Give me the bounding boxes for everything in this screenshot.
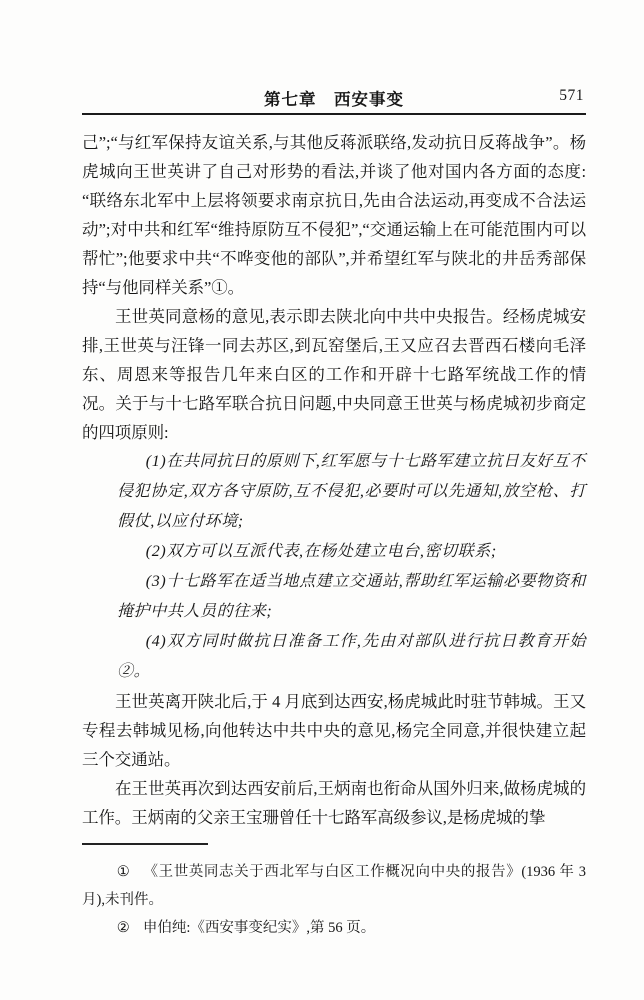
quote-item-2: (2)双方可以互派代表,在杨处建立电台,密切联系; <box>117 537 586 567</box>
paragraph: 在王世英再次到达西安前后,王炳南也衔命从国外归来,做杨虎城的工作。王炳南的父亲王… <box>82 774 586 832</box>
footnote-separator <box>82 843 208 845</box>
running-head: 第七章 西安事变 571 <box>82 86 586 107</box>
footnote-1: ①《王世英同志关于西北军与白区工作概况向中央的报告》(1936 年 3 月),未… <box>82 858 586 914</box>
footnote-2-text: 申伯纯:《西安事变纪实》,第 56 页。 <box>143 920 375 936</box>
footnote-2-marker: ② <box>117 920 130 936</box>
header-rule <box>82 113 586 115</box>
footnote-2: ②申伯纯:《西安事变纪实》,第 56 页。 <box>82 914 586 942</box>
paragraph: 王世英同意杨的意见,表示即去陕北向中共中央报告。经杨虎城安排,王世英与汪锋一同去… <box>82 302 586 447</box>
quote-item-4: (4)双方同时做抗日准备工作,先由对部队进行抗日教育开始②。 <box>117 627 586 687</box>
paragraph: 王世英离开陕北后,于 4 月底到达西安,杨虎城此时驻节韩城。王又专程去韩城见杨,… <box>82 687 586 774</box>
quote-item-1: (1)在共同抗日的原则下,红军愿与十七路军建立抗日友好互不侵犯协定,双方各守原防… <box>117 447 586 537</box>
footnotes: ①《王世英同志关于西北军与白区工作概况向中央的报告》(1936 年 3 月),未… <box>82 858 586 942</box>
body-text: 己”;“与红军保持友谊关系,与其他反蒋派联络,发动抗日反蒋战争”。杨虎城向王世英… <box>82 128 586 832</box>
chapter-title: 第七章 西安事变 <box>82 86 586 110</box>
footnote-1-text: 《王世英同志关于西北军与白区工作概况向中央的报告》(1936 年 3 月),未刊… <box>82 864 586 908</box>
paragraph-continuation: 己”;“与红军保持友谊关系,与其他反蒋派联络,发动抗日反蒋战争”。杨虎城向王世英… <box>82 128 586 302</box>
book-page: 第七章 西安事变 571 己”;“与红军保持友谊关系,与其他反蒋派联络,发动抗日… <box>0 0 644 1000</box>
footnote-1-marker: ① <box>117 864 131 880</box>
page-number: 571 <box>559 87 584 105</box>
quote-item-3: (3)十七路军在适当地点建立交通站,帮助红军运输必要物资和掩护中共人员的往来; <box>117 567 586 627</box>
quote-block-four-principles: (1)在共同抗日的原则下,红军愿与十七路军建立抗日友好互不侵犯协定,双方各守原防… <box>117 447 586 687</box>
